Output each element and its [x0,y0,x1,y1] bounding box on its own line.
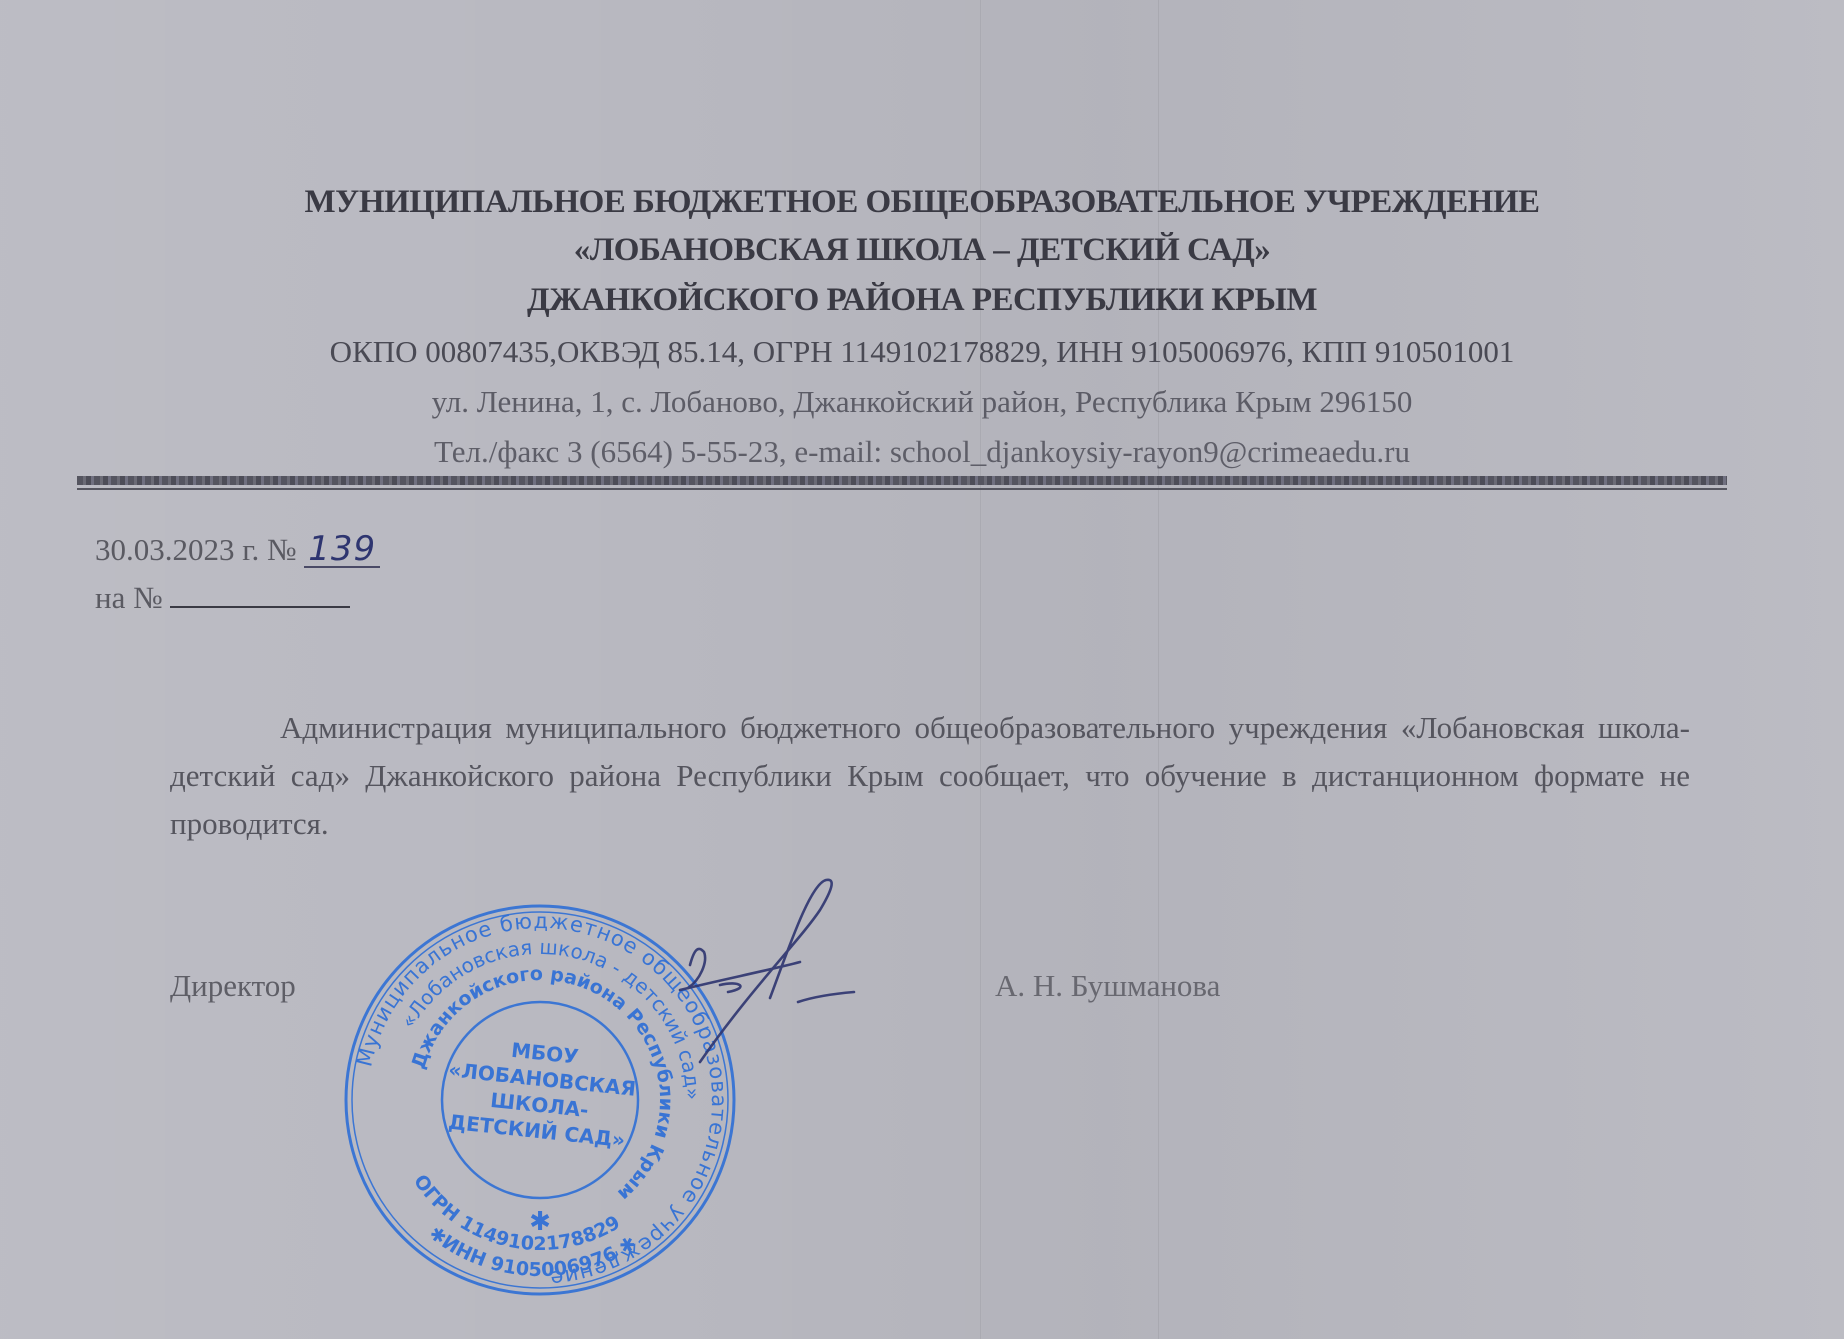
reply-reference-line: на № [95,580,350,616]
stamp-star: ✱ [529,1207,551,1237]
outgoing-date-line: 30.03.2023 г. № 139 [95,532,380,568]
letterhead-region: ДЖАНКОЙСКОГО РАЙОНА РЕСПУБЛИКИ КРЫМ [0,280,1844,320]
letter-body: Администрация муниципального бюджетного … [170,704,1690,848]
letterhead-registration: ОКПО 00807435,ОКВЭД 85.14, ОГРН 11491021… [0,332,1844,372]
signatory-name: А. Н. Бушманова [995,968,1220,1004]
outgoing-date: 30.03.2023 г. № [95,532,297,567]
letter-page: МУНИЦИПАЛЬНОЕ БЮДЖЕТНОЕ ОБЩЕОБРАЗОВАТЕЛЬ… [0,0,1844,1339]
letterhead-org-name: «ЛОБАНОВСКАЯ ШКОЛА – ДЕТСКИЙ САД» [0,230,1844,270]
handwritten-signature-icon [660,870,900,1070]
letterhead-org-type: МУНИЦИПАЛЬНОЕ БЮДЖЕТНОЕ ОБЩЕОБРАЗОВАТЕЛЬ… [0,182,1844,222]
outgoing-number-handwritten: 139 [304,532,380,568]
reply-reference-label: на № [95,580,163,615]
reply-reference-blank [170,580,350,608]
signatory-position: Директор [170,968,296,1004]
letterhead-contacts: Тел./факс 3 (6564) 5-55-23, e-mail: scho… [0,432,1844,472]
letterhead-address: ул. Ленина, 1, с. Лобаново, Джанкойский … [0,382,1844,422]
letter-body-paragraph: Администрация муниципального бюджетного … [170,710,1690,841]
letterhead-divider-thick [77,476,1727,485]
letterhead-divider-thin [77,488,1727,490]
